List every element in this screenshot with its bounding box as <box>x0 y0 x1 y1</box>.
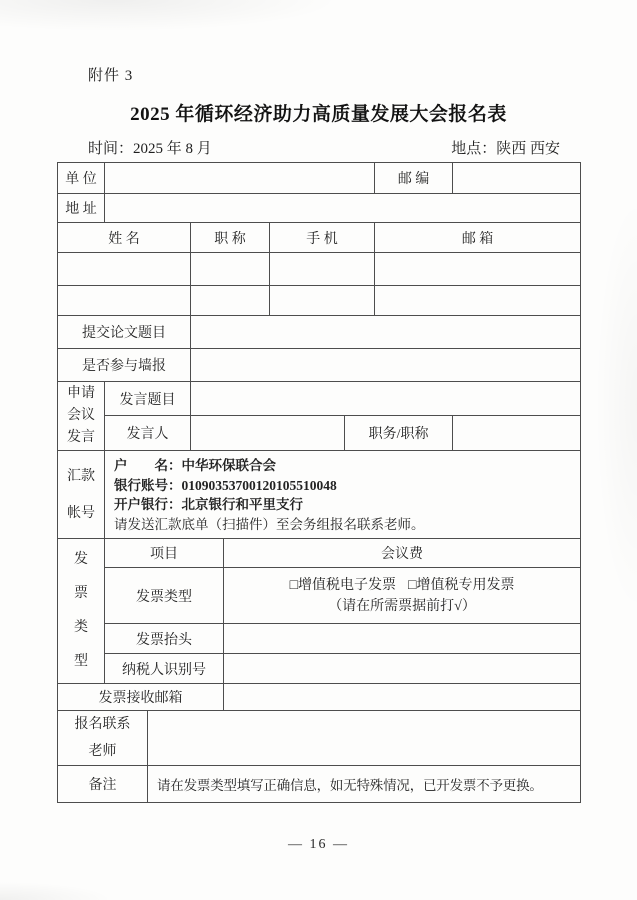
invoice-item-value: 会议费 <box>224 539 581 568</box>
paper-title-value-cell <box>191 316 581 349</box>
remittance-note-line: 请发送汇款底单（扫描件）至会务组报名联系老师。 <box>114 515 576 535</box>
invoice-type-options-line: □增值税电子发票□增值税专用发票 <box>224 575 580 596</box>
attendee-mobile-cell <box>270 286 375 316</box>
address-value-cell <box>105 194 581 223</box>
email-column-header: 邮 箱 <box>375 223 581 253</box>
account-name-line: 户 名：中华环保联合会 <box>114 456 576 476</box>
invoice-type-row: 发票类型 □增值税电子发票□增值税专用发票 （请在所需票据前打√） <box>58 568 581 624</box>
attendee-row <box>58 253 581 286</box>
remittance-section-label: 汇款 帐号 <box>58 451 105 539</box>
invoice-header-value-cell <box>224 624 581 654</box>
invoice-type-label: 发票类型 <box>105 568 224 624</box>
poster-value-cell <box>191 349 581 382</box>
bank-branch-line: 开户银行：北京银行和平里支行 <box>114 495 576 515</box>
paper-title-row: 提交论文题目 <box>58 316 581 349</box>
remark-text: 请在发票类型填写正确信息，如无特殊情况，已开发票不予更换。 <box>148 766 581 803</box>
invoice-type-note: （请在所需票据前打√） <box>224 596 580 617</box>
title-column-header: 职 称 <box>191 223 270 253</box>
speaker-position-label: 职务/职称 <box>345 416 453 451</box>
address-row: 地 址 <box>58 194 581 223</box>
attendee-email-cell <box>375 253 581 286</box>
invoice-email-label: 发票接收邮箱 <box>58 684 224 711</box>
speaker-label: 发言人 <box>105 416 191 451</box>
attendee-email-cell <box>375 286 581 316</box>
meta-row: 时间：2025 年 8 月 地点：陕西 西安 <box>88 137 560 158</box>
tax-id-row: 纳税人识别号 <box>58 654 581 684</box>
invoice-item-label: 项目 <box>105 539 224 568</box>
speech-title-row: 申请 会议 发言 发言题目 <box>58 382 581 416</box>
vat-special-option-label: 增值税专用发票 <box>417 578 515 593</box>
page-title: 2025 年循环经济助力高质量发展大会报名表 <box>0 99 637 126</box>
page-number: — 16 — <box>0 837 637 853</box>
attendee-title-cell <box>191 286 270 316</box>
speaker-position-value-cell <box>453 416 581 451</box>
speech-section-label: 申请 会议 发言 <box>58 382 105 451</box>
speech-title-label: 发言题目 <box>105 382 191 416</box>
contact-teacher-label: 报名联系 老师 <box>58 711 148 766</box>
attendee-header-row: 姓 名 职 称 手 机 邮 箱 <box>58 223 581 253</box>
remark-row: 备注 请在发票类型填写正确信息，如无特殊情况，已开发票不予更换。 <box>58 766 581 803</box>
unit-row: 单 位 邮 编 <box>58 163 581 194</box>
remittance-info-cell: 户 名：中华环保联合会 银行账号：01090353700120105510048… <box>105 451 581 539</box>
vat-special-checkbox-icon: □ <box>408 578 416 593</box>
speech-title-value-cell <box>191 382 581 416</box>
paper-title-label: 提交论文题目 <box>58 316 191 349</box>
postcode-value-cell <box>453 163 581 194</box>
attendee-title-cell <box>191 253 270 286</box>
event-location: 地点：陕西 西安 <box>451 137 560 158</box>
attachment-label: 附件 3 <box>88 64 133 85</box>
remittance-row: 汇款 帐号 户 名：中华环保联合会 银行账号：01090353700120105… <box>58 451 581 539</box>
vat-electronic-option-label: 增值税电子发票 <box>298 578 396 593</box>
mobile-column-header: 手 机 <box>270 223 375 253</box>
invoice-section-label: 发 票 类 型 <box>58 539 105 684</box>
contact-teacher-row: 报名联系 老师 <box>58 711 581 766</box>
unit-value-cell <box>105 163 375 194</box>
poster-label: 是否参与墙报 <box>58 349 191 382</box>
postcode-label: 邮 编 <box>375 163 453 194</box>
attendee-name-cell <box>58 253 191 286</box>
contact-teacher-value-cell <box>148 711 581 766</box>
remark-label: 备注 <box>58 766 148 803</box>
invoice-item-row: 发 票 类 型 项目 会议费 <box>58 539 581 568</box>
attendee-mobile-cell <box>270 253 375 286</box>
speaker-value-cell <box>191 416 345 451</box>
tax-id-value-cell <box>224 654 581 684</box>
scanned-document-page: 附件 3 2025 年循环经济助力高质量发展大会报名表 时间：2025 年 8 … <box>0 0 637 900</box>
invoice-header-label: 发票抬头 <box>105 624 224 654</box>
name-column-header: 姓 名 <box>58 223 191 253</box>
invoice-type-options-cell: □增值税电子发票□增值税专用发票 （请在所需票据前打√） <box>224 568 581 624</box>
bank-account-line: 银行账号：01090353700120105510048 <box>114 476 576 496</box>
tax-id-label: 纳税人识别号 <box>105 654 224 684</box>
poster-row: 是否参与墙报 <box>58 349 581 382</box>
registration-form-table: 单 位 邮 编 地 址 姓 名 职 称 手 机 邮 箱 <box>57 162 581 803</box>
unit-label: 单 位 <box>58 163 105 194</box>
invoice-header-row: 发票抬头 <box>58 624 581 654</box>
event-time: 时间：2025 年 8 月 <box>88 137 212 158</box>
attendee-row <box>58 286 581 316</box>
speaker-row: 发言人 职务/职称 <box>58 416 581 451</box>
invoice-email-row: 发票接收邮箱 <box>58 684 581 711</box>
invoice-email-value-cell <box>224 684 581 711</box>
attendee-name-cell <box>58 286 191 316</box>
vat-electronic-checkbox-icon: □ <box>290 578 298 593</box>
address-label: 地 址 <box>58 194 105 223</box>
